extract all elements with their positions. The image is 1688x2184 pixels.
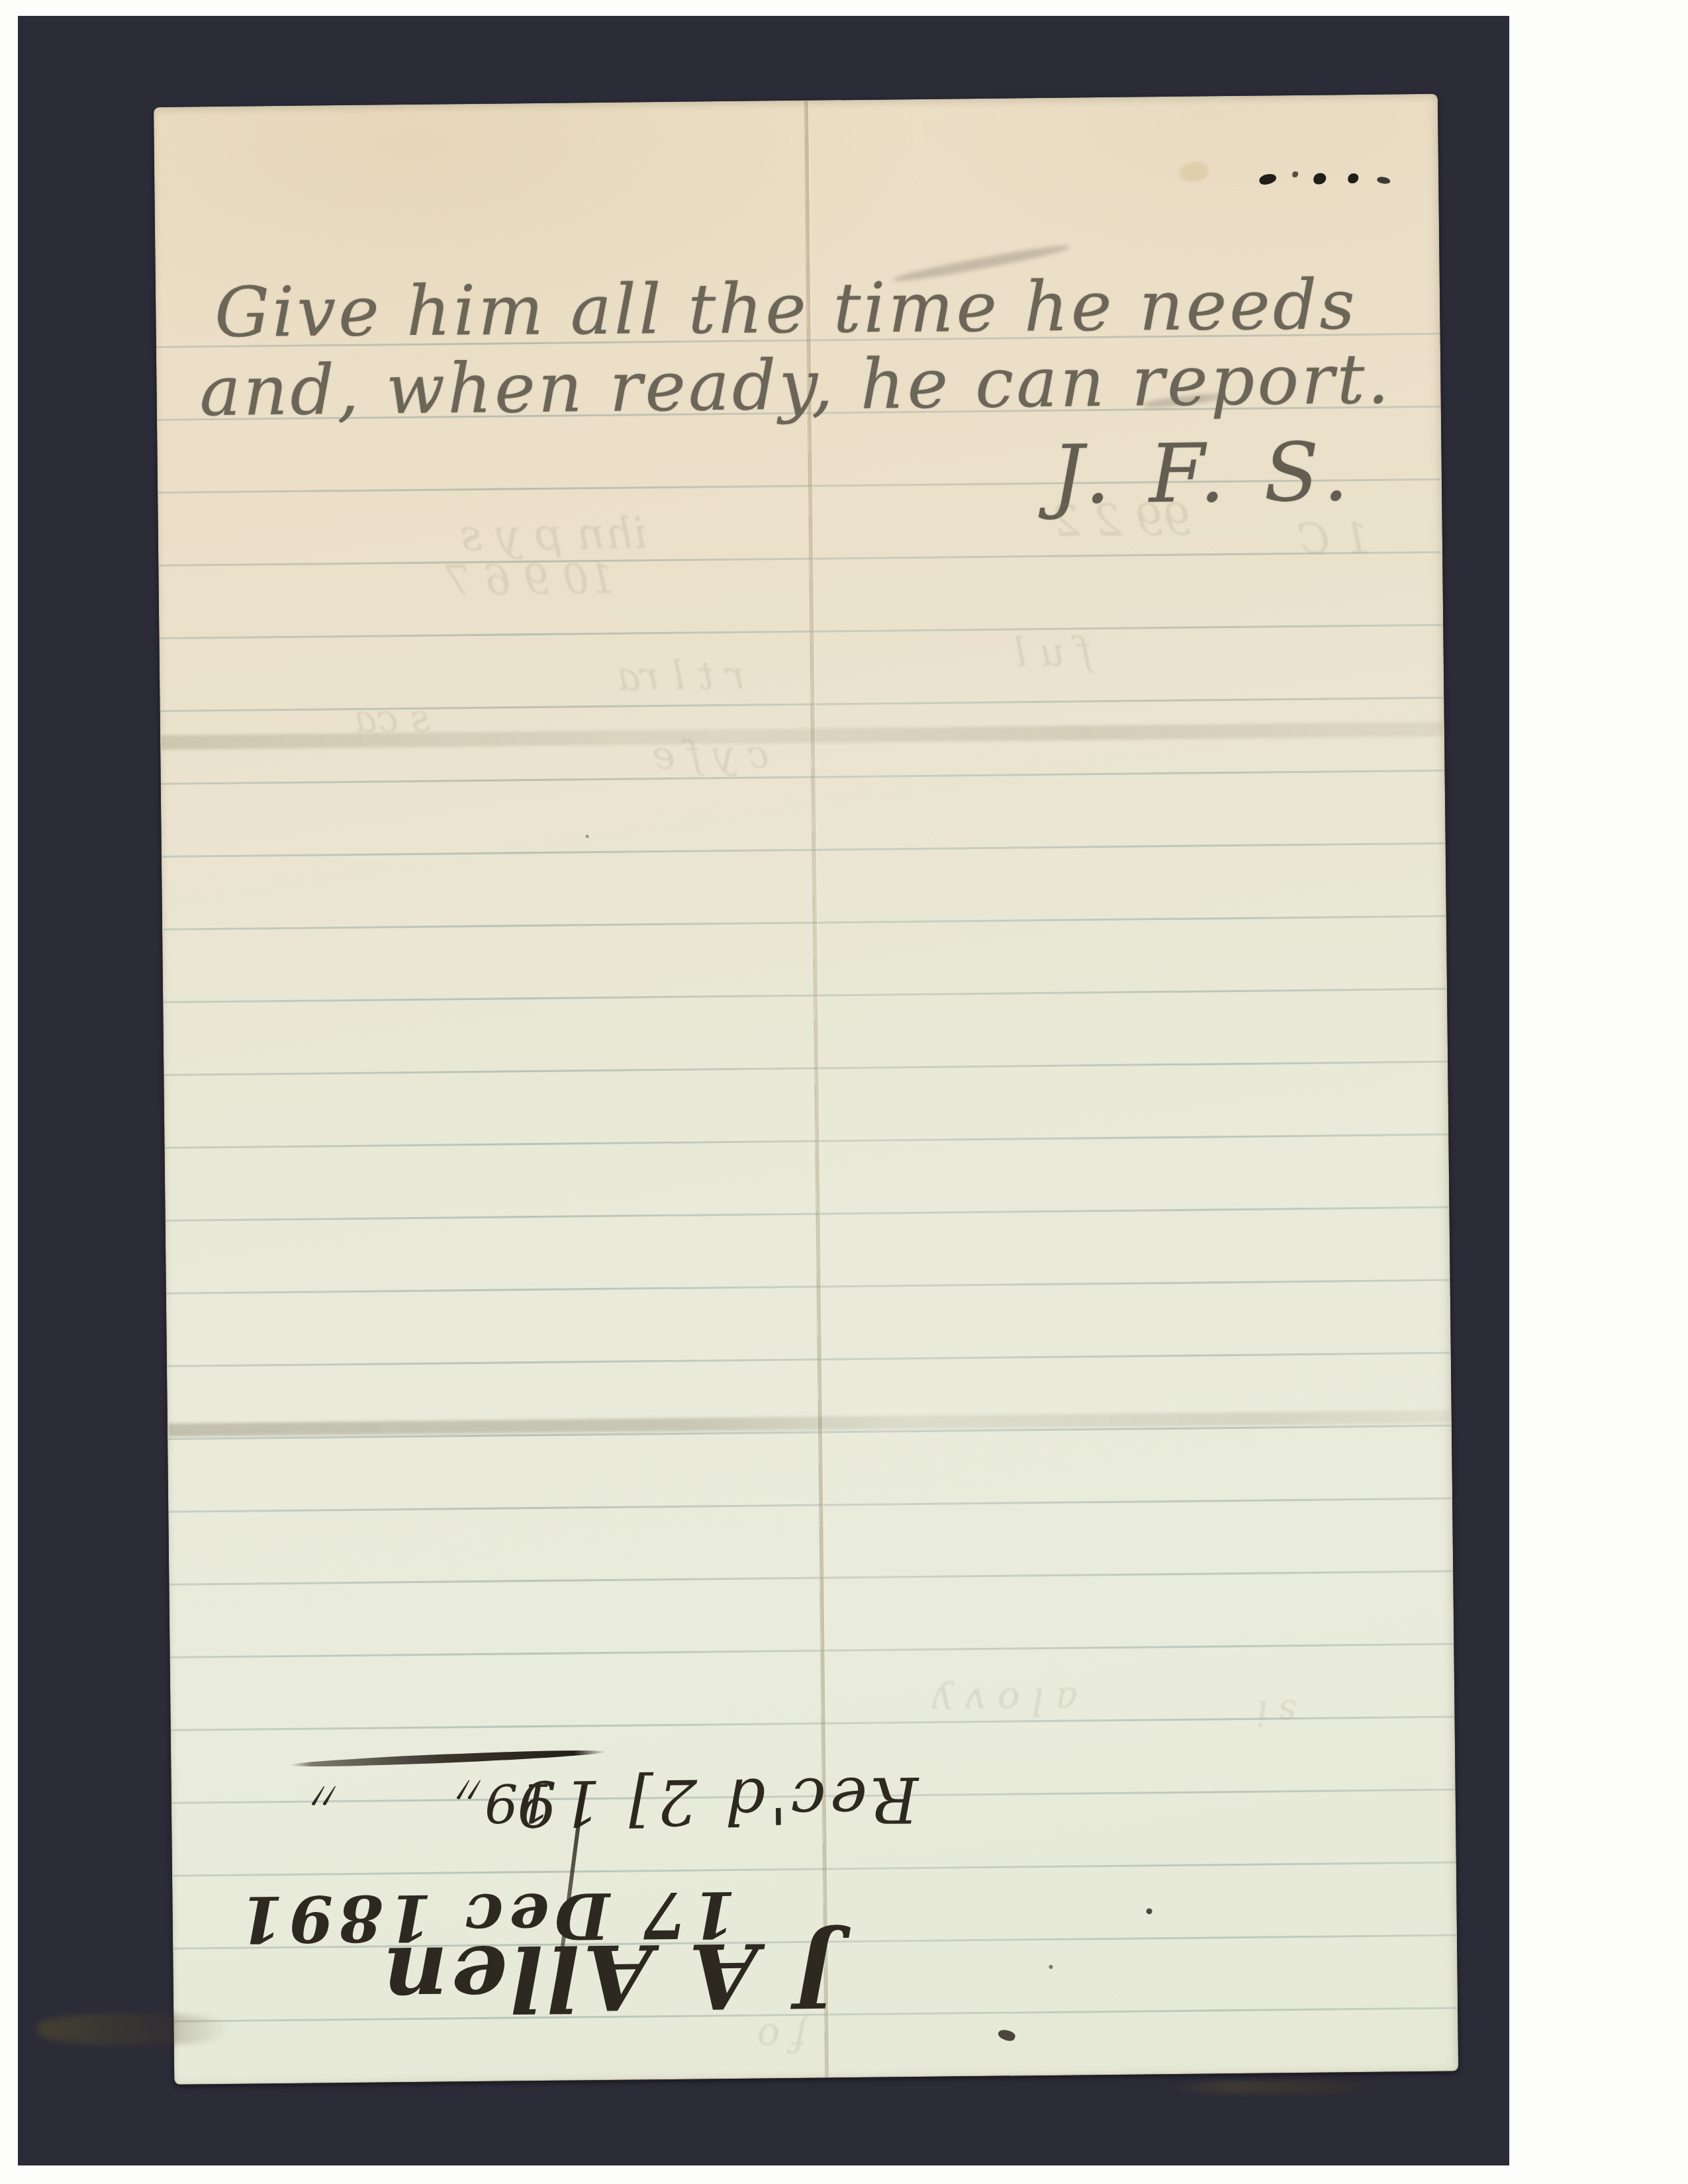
- ruled-line: [173, 1862, 1456, 1877]
- docket-ditto-mark: 〃: [307, 1768, 348, 1826]
- ink-dot: [1313, 173, 1326, 184]
- bleedthrough-fragment: 99 2 2: [1052, 494, 1192, 547]
- ruled-line: [165, 1134, 1448, 1149]
- ink-dot: [1348, 173, 1358, 183]
- paper-speck: [997, 2028, 1017, 2043]
- mat-smudge: [1166, 2081, 1378, 2094]
- bleedthrough-fragment: ihn p y s: [459, 508, 647, 561]
- ruled-line: [164, 988, 1446, 1003]
- paper-speck: [1049, 1965, 1053, 1969]
- ruled-line: [171, 1643, 1454, 1659]
- bleedthrough-fragment: r t l ra: [617, 653, 745, 700]
- ruled-line: [160, 624, 1442, 639]
- ruled-lines-container: [154, 95, 1437, 108]
- note-line-1: Give him all the time he needs: [214, 264, 1358, 353]
- ink-dot: [1258, 173, 1277, 186]
- mat-smudge: [38, 2013, 230, 2045]
- docket-received-line: Rec'd 2] 19: [512, 1762, 919, 1839]
- note-line-2: and, when ready, he can report.: [199, 338, 1392, 432]
- ruled-line: [169, 1570, 1452, 1586]
- ruled-line: [163, 915, 1446, 931]
- ink-dot: [1292, 171, 1298, 177]
- horizontal-fold-crease-upper: [161, 722, 1444, 750]
- ruled-line: [167, 1279, 1450, 1295]
- paper-speck: [1147, 1908, 1152, 1914]
- bleedthrough-fragment: f o: [757, 2015, 807, 2061]
- bleedthrough-fragment: a l o v y: [932, 1679, 1078, 1723]
- paper-speck: [586, 835, 589, 838]
- ruled-line: [166, 1206, 1449, 1222]
- ruled-line: [162, 842, 1445, 858]
- paper-stain: [1180, 161, 1209, 181]
- ruled-line: [164, 1061, 1447, 1076]
- scanned-document-page: Give him all the time he needs and, when…: [0, 0, 1688, 2184]
- bleedthrough-fragment: s ca: [353, 696, 430, 741]
- bleedthrough-fragment: f u l: [1013, 629, 1092, 676]
- ruled-line: [159, 551, 1442, 567]
- bleedthrough-fragment: c y f e: [652, 731, 769, 778]
- ruled-line: [169, 1498, 1452, 1513]
- ink-dot: [1376, 175, 1391, 185]
- ruled-line: [161, 697, 1444, 712]
- bleedthrough-fragment: 10 9 6 7: [445, 555, 615, 605]
- bleedthrough-fragment: 1 C: [1297, 515, 1371, 565]
- ruled-line: [167, 1352, 1450, 1367]
- ruled-line: [162, 770, 1444, 785]
- letter-paper: Give him all the time he needs and, when…: [154, 94, 1458, 2085]
- bleedthrough-fragment: s i: [1256, 1692, 1296, 1733]
- background-mat: Give him all the time he needs and, when…: [18, 16, 1509, 2165]
